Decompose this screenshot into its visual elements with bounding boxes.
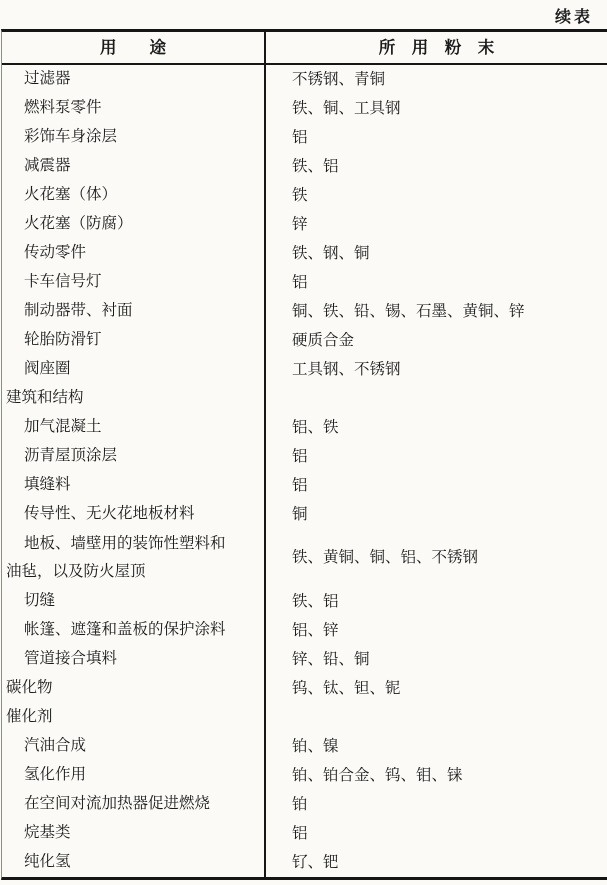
use-cell: 火花塞（防腐）: [2, 210, 264, 239]
use-cell: 碳化物: [2, 674, 264, 703]
table-row: 彩饰车身涂层 铝: [2, 123, 607, 152]
table-row: 传导性、无火花地板材料 铜: [2, 500, 607, 529]
table-row: 卡车信号灯 铝: [2, 268, 607, 297]
table-row: 填缝料 铝: [2, 471, 607, 500]
powder-cell: 铝、铁: [264, 413, 607, 442]
table-row: 切缝 铁、铝: [2, 587, 607, 616]
powder-cell: 铝: [264, 268, 607, 297]
table-row: 催化剂: [2, 703, 607, 732]
use-cell: 沥青屋顶涂层: [2, 442, 264, 471]
table-row: 火花塞（防腐） 锌: [2, 210, 607, 239]
column-header-use: 用 途: [2, 32, 264, 63]
table-row: 氢化作用 铂、铂合金、钨、钼、铼: [2, 761, 607, 790]
use-cell: 燃料泵零件: [2, 94, 264, 123]
powder-cell: 钌、钯: [264, 848, 607, 877]
use-cell: 彩饰车身涂层: [2, 123, 264, 152]
powder-cell: 铁、黄铜、铜、铝、不锈钢: [264, 529, 607, 587]
table-body: 过滤器 不锈钢、青铜 燃料泵零件 铁、铜、工具钢 彩饰车身涂层 铝 减震器 铁、…: [2, 65, 607, 877]
powder-cell: 锌、铅、铜: [264, 645, 607, 674]
table-header-row: 用 途 所 用 粉 末: [2, 32, 607, 65]
use-cell: 汽油合成: [2, 732, 264, 761]
powder-cell: 不锈钢、青铜: [264, 65, 607, 94]
table-row: 帐篷、遮篷和盖板的保护涂料 铝、锌: [2, 616, 607, 645]
powder-cell: 铜: [264, 500, 607, 529]
use-cell: 填缝料: [2, 471, 264, 500]
use-cell: 烷基类: [2, 819, 264, 848]
use-cell: 传导性、无火花地板材料: [2, 500, 264, 529]
powder-cell: 铝: [264, 123, 607, 152]
powder-cell: [264, 384, 607, 413]
use-cell: 氢化作用: [2, 761, 264, 790]
use-cell: 在空间对流加热器促进燃烧: [2, 790, 264, 819]
use-cell: 纯化氢: [2, 848, 264, 877]
use-cell: 轮胎防滑钉: [2, 326, 264, 355]
use-cell: 切缝: [2, 587, 264, 616]
powder-cell: 铝: [264, 471, 607, 500]
use-cell: 减震器: [2, 152, 264, 181]
powder-cell: 铁、钢、铜: [264, 239, 607, 268]
use-cell: 火花塞（体）: [2, 181, 264, 210]
powder-cell: 铂、铂合金、钨、钼、铼: [264, 761, 607, 790]
powder-cell: 铜、铁、铅、锡、石墨、黄铜、锌: [264, 297, 607, 326]
powder-cell: 硬质合金: [264, 326, 607, 355]
use-cell: 制动器带、衬面: [2, 297, 264, 326]
use-cell: 帐篷、遮篷和盖板的保护涂料: [2, 616, 264, 645]
table-row: 建筑和结构: [2, 384, 607, 413]
table-row: 烷基类 铝: [2, 819, 607, 848]
powder-cell: 工具钢、不锈钢: [264, 355, 607, 384]
powder-cell: 铁、铜、工具钢: [264, 94, 607, 123]
powder-cell: [264, 703, 607, 732]
table-row: 加气混凝土 铝、铁: [2, 413, 607, 442]
use-cell: 卡车信号灯: [2, 268, 264, 297]
table-row: 传动零件 铁、钢、铜: [2, 239, 607, 268]
use-cell: 过滤器: [2, 65, 264, 94]
powder-cell: 铂、镍: [264, 732, 607, 761]
column-header-powder: 所 用 粉 末: [264, 32, 607, 63]
table-row: 汽油合成 铂、镍: [2, 732, 607, 761]
use-cell: 管道接合填料: [2, 645, 264, 674]
table-row: 轮胎防滑钉 硬质合金: [2, 326, 607, 355]
table-row: 沥青屋顶涂层 铝: [2, 442, 607, 471]
powder-usage-table: 用 途 所 用 粉 末 过滤器 不锈钢、青铜 燃料泵零件 铁、铜、工具钢 彩饰车…: [1, 29, 607, 880]
powder-cell: 锌: [264, 210, 607, 239]
table-row: 燃料泵零件 铁、铜、工具钢: [2, 94, 607, 123]
powder-cell: 钨、钛、钽、铌: [264, 674, 607, 703]
powder-cell: 铁、铝: [264, 152, 607, 181]
table-row: 过滤器 不锈钢、青铜: [2, 65, 607, 94]
powder-cell: 铝: [264, 819, 607, 848]
use-cell: 地板、墙壁用的装饰性塑料和 油毡，以及防火屋顶: [2, 529, 264, 587]
table-row: 减震器 铁、铝: [2, 152, 607, 181]
table-row: 阀座圈 工具钢、不锈钢: [2, 355, 607, 384]
table-row: 管道接合填料 锌、铅、铜: [2, 645, 607, 674]
powder-cell: 铝: [264, 442, 607, 471]
table-row: 在空间对流加热器促进燃烧 铂: [2, 790, 607, 819]
continued-table-label: 续表: [555, 4, 593, 27]
table-row: 地板、墙壁用的装饰性塑料和 油毡，以及防火屋顶 铁、黄铜、铜、铝、不锈钢: [2, 529, 607, 587]
table-row: 碳化物 钨、钛、钽、铌: [2, 674, 607, 703]
powder-cell: 铁、铝: [264, 587, 607, 616]
powder-cell: 铁: [264, 181, 607, 210]
use-cell: 催化剂: [2, 703, 264, 732]
powder-cell: 铝、锌: [264, 616, 607, 645]
use-cell: 传动零件: [2, 239, 264, 268]
scanned-book-page: 续表 用 途 所 用 粉 末 过滤器 不锈钢、青铜 燃料泵零件 铁、铜、工具钢 …: [0, 0, 607, 885]
powder-cell: 铂: [264, 790, 607, 819]
table-row: 纯化氢 钌、钯: [2, 848, 607, 877]
use-cell: 阀座圈: [2, 355, 264, 384]
table-row: 制动器带、衬面 铜、铁、铅、锡、石墨、黄铜、锌: [2, 297, 607, 326]
use-cell: 加气混凝土: [2, 413, 264, 442]
use-cell: 建筑和结构: [2, 384, 264, 413]
table-row: 火花塞（体） 铁: [2, 181, 607, 210]
